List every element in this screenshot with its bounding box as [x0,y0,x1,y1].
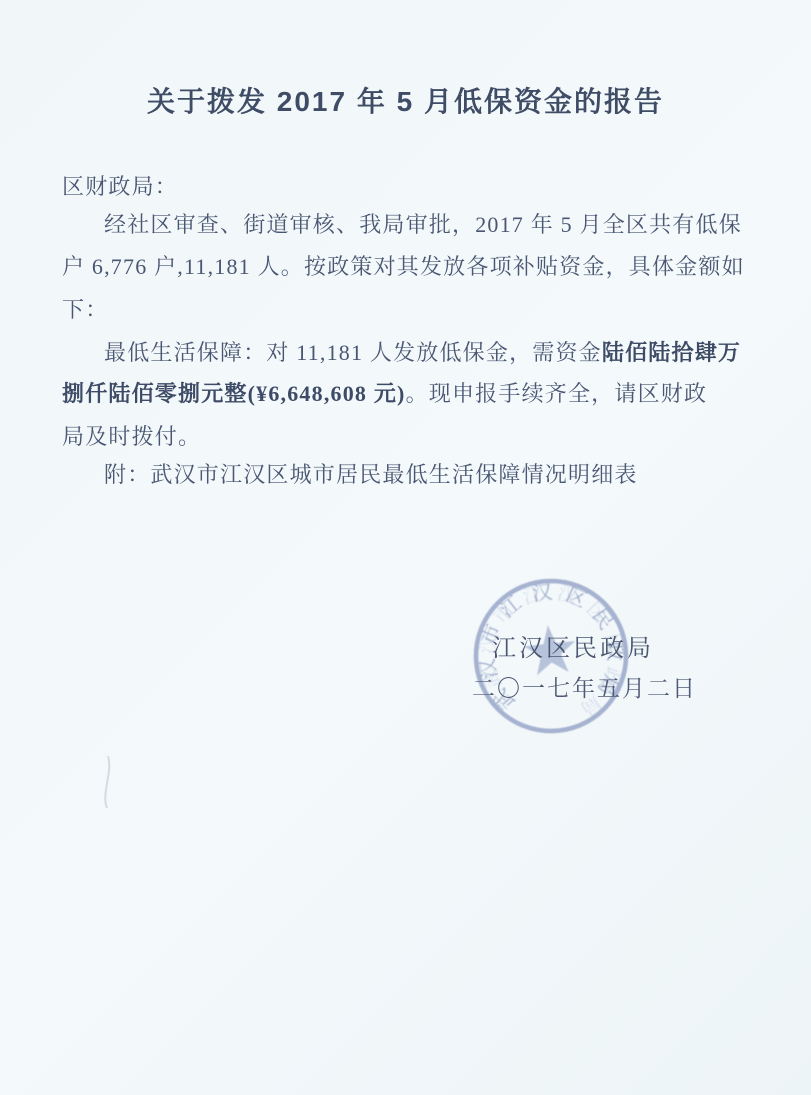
seal-overlay: 武汉市江汉区民政局 武汉市江汉区民政局 [0,0,811,1095]
scanned-document-page: 关于拨发 2017 年 5 月低保资金的报告 区财政局： 经社区审查、街道审核、… [0,0,811,1095]
scan-artifact-curve [105,756,109,808]
issuing-authority-signature: 江汉区民政局 [492,628,654,663]
document-date: 二〇一七年五月二日 [472,670,697,703]
